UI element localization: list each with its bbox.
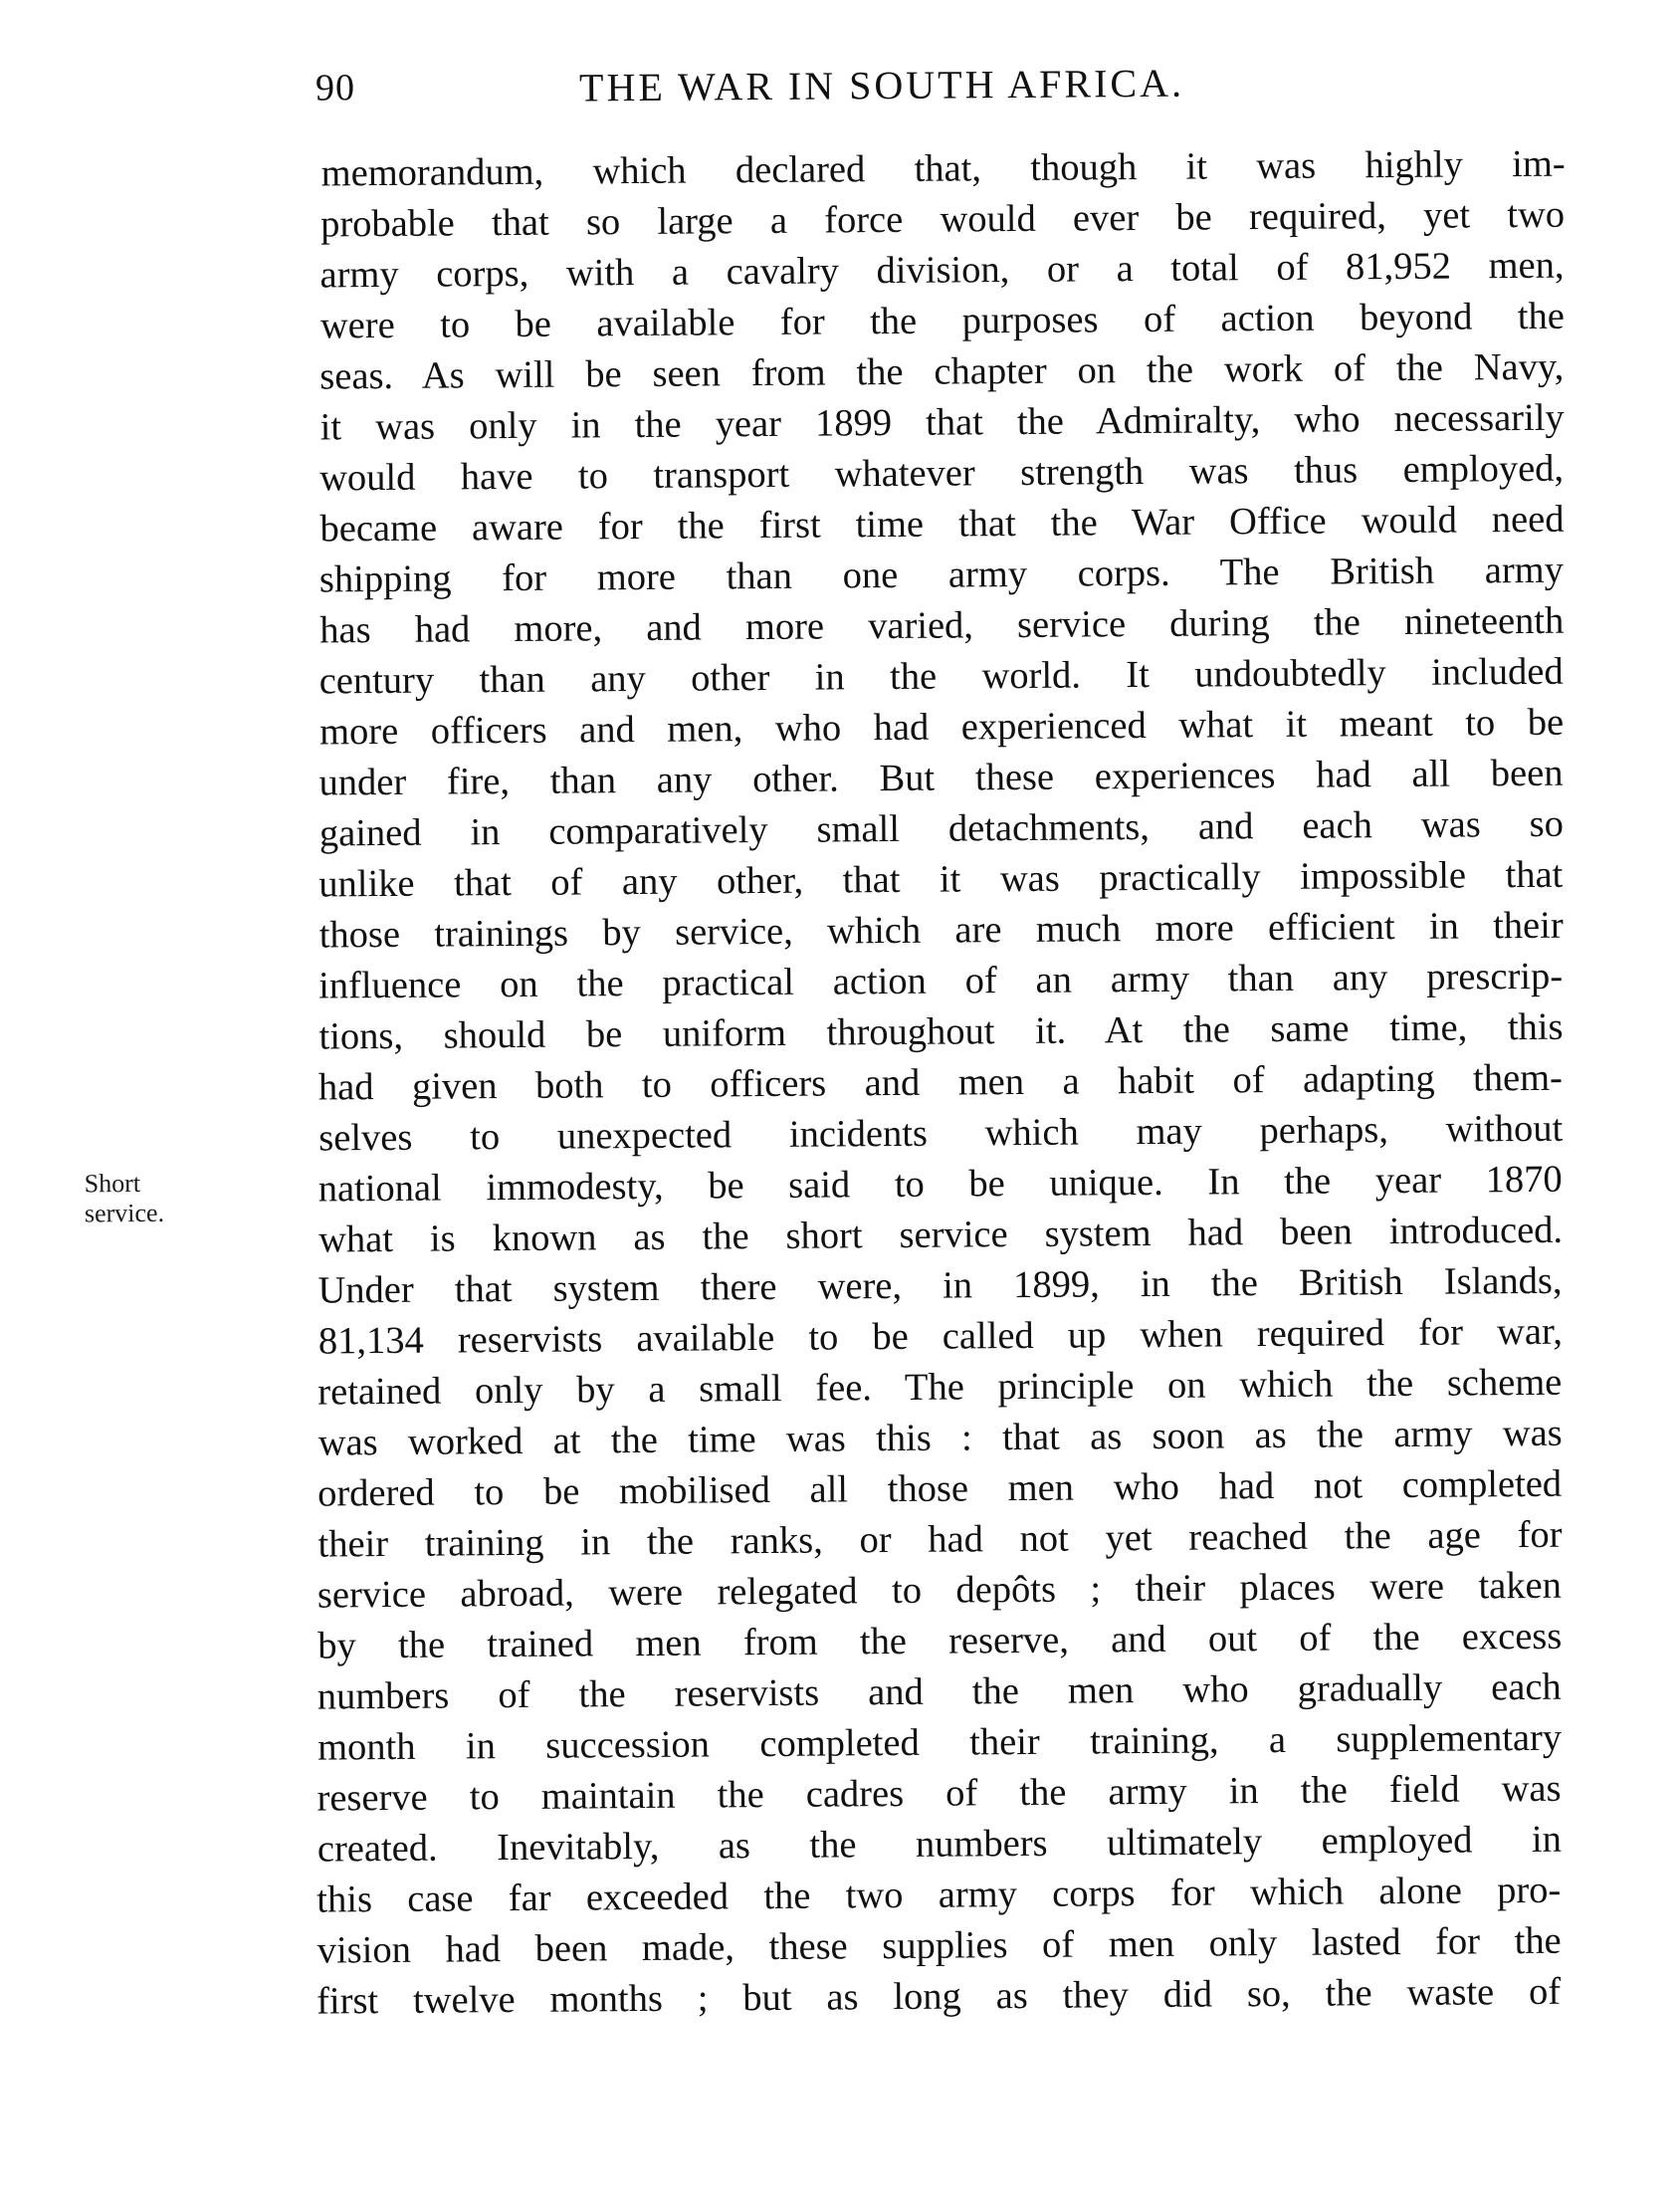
margin-note: Short service. xyxy=(85,1169,165,1229)
running-title: THE WAR IN SOUTH AFRICA. xyxy=(579,60,1184,111)
body-paragraph: memorandum, which declared that, though … xyxy=(310,139,1580,2028)
margin-note-line: Short xyxy=(85,1169,164,1200)
text-line: first twelve months ; but as long as the… xyxy=(316,1967,1561,2028)
page-header: 90 THE WAR IN SOUTH AFRICA. xyxy=(315,59,1311,126)
page-number: 90 xyxy=(315,66,355,110)
margin-note-line: service. xyxy=(85,1199,164,1229)
book-page: 90 THE WAR IN SOUTH AFRICA. Short servic… xyxy=(0,0,1680,2211)
